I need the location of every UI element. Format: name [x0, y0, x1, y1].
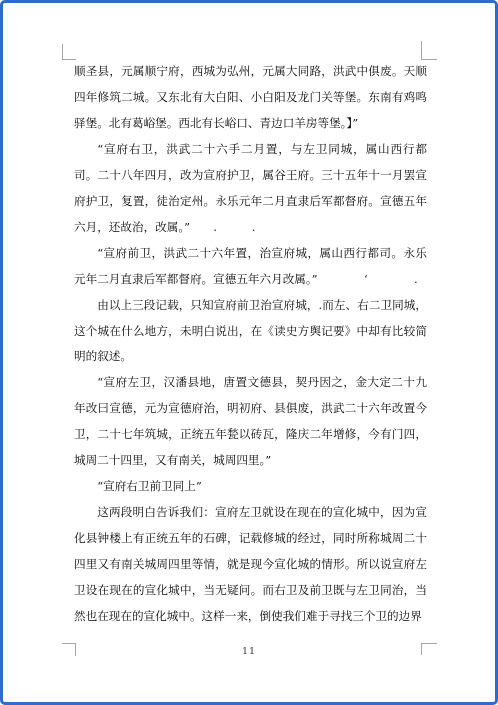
paragraph: “宣府右卫前卫同上”	[74, 474, 427, 500]
page-number: 11	[0, 646, 498, 657]
paragraph: 由以上三段记载，只知宣府前卫治宣府城，.而左、右二卫同城，这个城在什么地方，未明…	[74, 293, 427, 371]
document-page: 顺圣县，元属顺宁府，西城为弘州，元属大同路，洪武中俱废。天顺四年修筑二城。又东北…	[0, 0, 498, 705]
paragraph: 顺圣县，元属顺宁府，西城为弘州，元属大同路，洪武中俱废。天顺四年修筑二城。又东北…	[74, 59, 427, 137]
paragraph: “宣府前卫，洪武二十六年置，治宣府城，属山西行都司。永乐元年二月直隶后军都督府。…	[74, 241, 427, 293]
screenshot-root: { "colors": { "frame_blue": "#2f6cc8", "…	[0, 0, 498, 705]
document-body-text: 顺圣县，元属顺宁府，西城为弘州，元属大同路，洪武中俱废。天顺四年修筑二城。又东北…	[74, 59, 427, 630]
paragraph: “宣府左卫，汉潘县地，唐置文德县，契丹因之，金大定二十九年改曰宣德，元为宣德府治…	[74, 370, 427, 474]
paragraph: 这两段明白告诉我们：宣府左卫就设在现在的宣化城中，因为宣化县钟楼上有正统五年的石…	[74, 500, 427, 630]
paragraph: “宣府右卫，洪武二十六手二月置，与左卫同城，属山西行都司。二十八年四月，改为宣府…	[74, 137, 427, 241]
margin-crop-mark-top-left	[62, 44, 76, 60]
margin-crop-mark-top-right	[421, 41, 437, 60]
